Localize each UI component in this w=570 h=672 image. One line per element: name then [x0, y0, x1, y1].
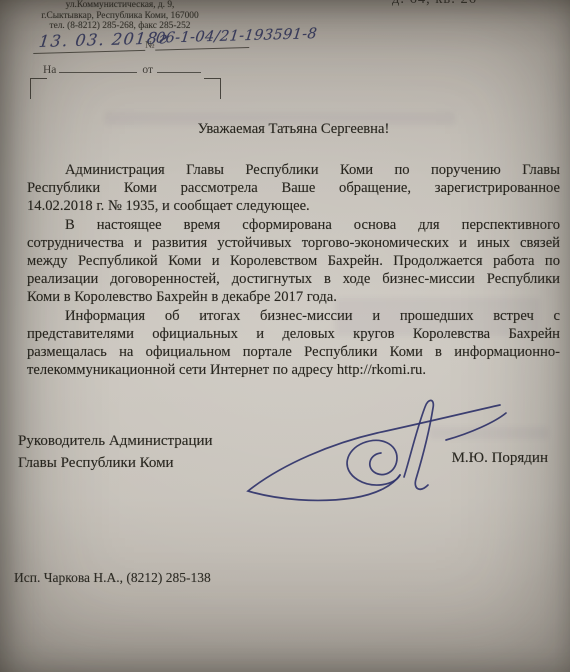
handwritten-outgoing-number: 06-1-04/21-193591-8: [155, 26, 318, 47]
paragraph-3: Информация об итогах бизнес-миссии и про…: [27, 307, 560, 380]
reply-to-label: На: [43, 64, 56, 76]
reply-from-label: от: [142, 64, 153, 76]
reply-reference-row: Наот: [43, 62, 201, 76]
reply-number-blank: [59, 62, 137, 73]
signer-position-line1: Руководитель Администрации: [18, 431, 213, 453]
address-corner-mark-right: [204, 78, 221, 99]
letterhead-city: г.Сыктывкар, Республика Коми, 167000: [8, 11, 232, 22]
letter-photo: ул.Коммунистическая, д. 9, г.Сыктывкар, …: [0, 0, 570, 672]
letterhead-street: ул.Коммунистическая, д. 9,: [8, 0, 232, 11]
paragraph-2: В настоящее время сформирована основа дл…: [27, 216, 560, 307]
paragraph-1: Администрация Главы Республики Коми по п…: [27, 161, 560, 216]
letter-body: Уважаемая Татьяна Сергеевна! Администрац…: [27, 121, 560, 379]
number-sign: №: [145, 40, 155, 51]
signer-position-line2: Главы Республики Коми: [18, 453, 213, 475]
address-corner-mark-left: [30, 78, 47, 99]
recipient-address-fragment: д. 64, кв. 26: [392, 0, 477, 8]
executor-line: Исп. Чаркова Н.А., (8212) 285-138: [14, 570, 211, 586]
signer-position: Руководитель Администрации Главы Республ…: [18, 431, 213, 474]
reply-date-blank: [157, 62, 201, 73]
handwritten-signature: [242, 396, 520, 508]
salutation: Уважаемая Татьяна Сергеевна!: [27, 121, 560, 138]
number-underline: [155, 47, 249, 51]
